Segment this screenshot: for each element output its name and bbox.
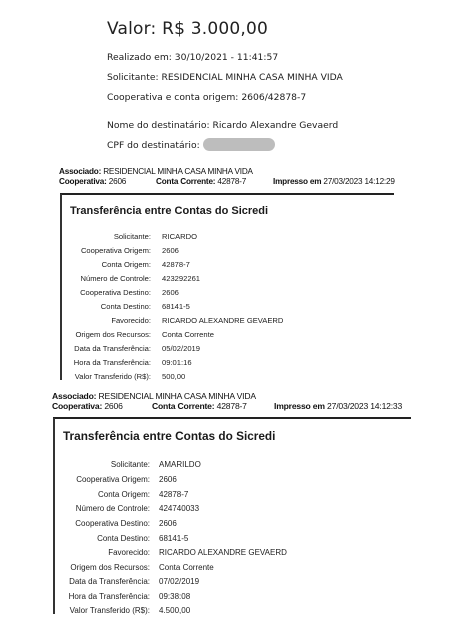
receipt-divider (60, 193, 394, 195)
amount-heading: Valor: R$ 3.000,00 (107, 19, 268, 39)
receipt-box-border (53, 418, 55, 614)
receipt-title: Transferência entre Contas do Sicredi (63, 429, 275, 443)
receipt-conta-corrente: Conta Corrente: 42878-7 (152, 401, 247, 411)
redacted-cpf (203, 138, 275, 151)
receipt-conta-corrente: Conta Corrente: 42878-7 (156, 177, 246, 186)
receipt-title: Transferência entre Contas do Sicredi (70, 205, 268, 217)
recipient-cpf: CPF do destinatário: (107, 139, 275, 152)
receipt-box-border (60, 194, 62, 380)
recipient-cpf-label: CPF do destinatário: (107, 140, 200, 151)
requester: Solicitante: RESIDENCIAL MINHA CASA MINH… (107, 72, 343, 83)
receipt-cooperativa: Cooperativa: 2606 (52, 401, 123, 411)
receipt-associado: Associado: RESIDENCIAL MINHA CASA MINHA … (52, 391, 256, 401)
receipt-divider (53, 417, 411, 419)
receipt-printed-at: Impresso em 27/03/2023 14:12:33 (274, 401, 402, 411)
origin-cooperative-account: Cooperativa e conta origem: 2606/42878-7 (107, 92, 306, 103)
receipt-cooperativa: Cooperativa: 2606 (59, 177, 126, 186)
performed-at: Realizado em: 30/10/2021 - 11:41:57 (107, 52, 278, 63)
receipt-printed-at: Impresso em 27/03/2023 14:12:29 (273, 177, 395, 186)
recipient-name: Nome do destinatário: Ricardo Alexandre … (107, 120, 338, 131)
receipt-associado: Associado: RESIDENCIAL MINHA CASA MINHA … (59, 167, 253, 176)
